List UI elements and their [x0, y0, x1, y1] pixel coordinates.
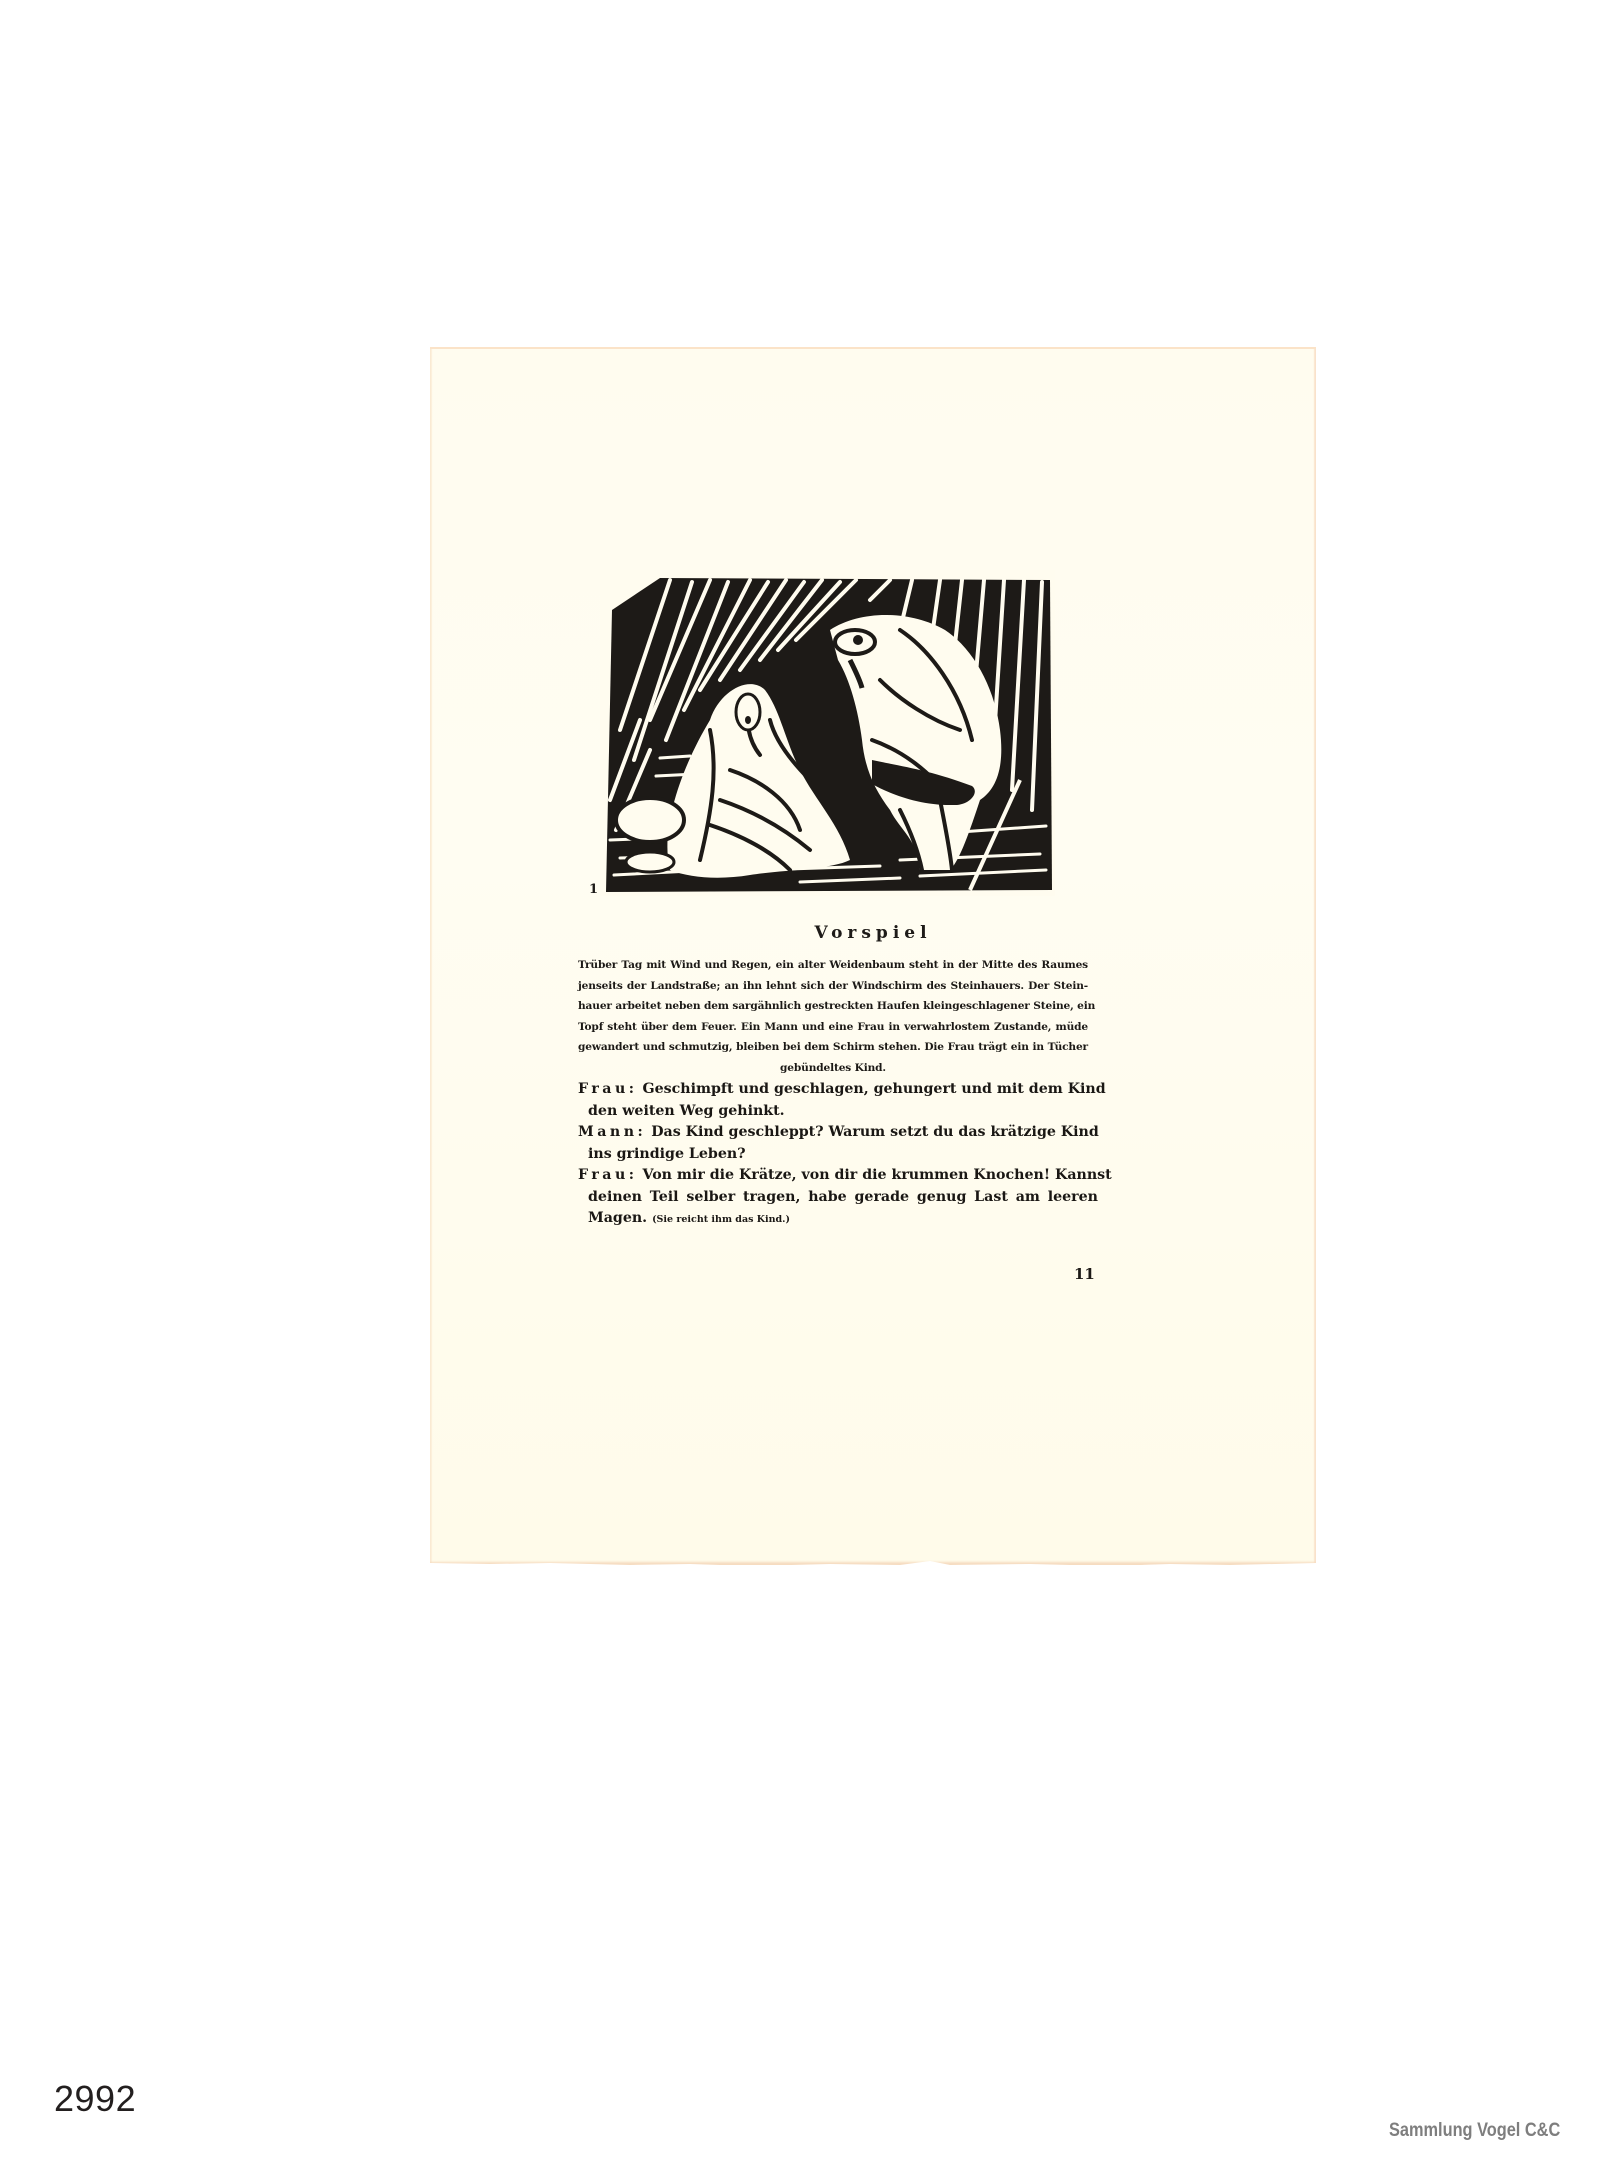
- stage-direction: Trüber Tag mit Wind und Regen, ein alter…: [578, 955, 1088, 1078]
- dialogue-text: Magen.: [588, 1210, 647, 1226]
- stage-aside: (Sie reicht ihm das Kind.): [652, 1214, 790, 1225]
- stage-direction-line: gewandert und schmutzig, bleiben bei dem…: [578, 1037, 1088, 1058]
- dialogue-line: Magen. (Sie reicht ihm das Kind.): [578, 1208, 1098, 1231]
- speaker-label: Frau:: [578, 1167, 638, 1183]
- dialogue-text: Von mir die Krätze, von dir die krummen …: [643, 1167, 1112, 1183]
- stage-direction-line: hauer arbeitet neben dem sargähnlich ges…: [578, 996, 1088, 1017]
- woodcut-illustration: [600, 570, 1055, 896]
- stage-direction-line: Trüber Tag mit Wind und Regen, ein alter…: [578, 955, 1088, 976]
- plate-number: 1: [589, 882, 598, 897]
- dialogue-text: Geschimpft und geschlagen, gehungert und…: [643, 1081, 1106, 1097]
- dialogue-line: Frau: Geschimpft und geschlagen, gehunge…: [578, 1079, 1098, 1101]
- stage-direction-line: Topf steht über dem Feuer. Ein Mann und …: [578, 1017, 1088, 1038]
- section-title: Vorspiel: [430, 923, 1316, 943]
- speaker-label: Frau:: [578, 1081, 638, 1097]
- collection-watermark: Sammlung Vogel C&C: [1389, 2120, 1560, 2142]
- dialogue-text: Das Kind geschleppt? Warum setzt du das …: [651, 1124, 1099, 1140]
- dialogue-line: ins grindige Leben?: [578, 1144, 1098, 1166]
- dialogue-line: den weiten Weg gehinkt.: [578, 1101, 1098, 1123]
- dialogue-line: Mann: Das Kind geschleppt? Warum setzt d…: [578, 1122, 1098, 1144]
- stage-direction-line: gebündeltes Kind.: [578, 1058, 1088, 1079]
- catalog-number: 2992: [54, 2078, 136, 2120]
- dialogue-line: Frau: Von mir die Krätze, von dir die kr…: [578, 1165, 1098, 1187]
- deckled-edge: [430, 1561, 1316, 1569]
- stage-direction-line: jenseits der Landstraße; an ihn lehnt si…: [578, 976, 1088, 997]
- dialogue: Frau: Geschimpft und geschlagen, gehunge…: [578, 1079, 1098, 1231]
- page-number: 11: [1074, 1265, 1095, 1283]
- speaker-label: Mann:: [578, 1124, 646, 1140]
- dialogue-line: deinen Teil selber tragen, habe gerade g…: [578, 1187, 1098, 1209]
- book-page: 1 Vorspiel Trüber Tag mit Wind und Regen…: [430, 347, 1316, 1565]
